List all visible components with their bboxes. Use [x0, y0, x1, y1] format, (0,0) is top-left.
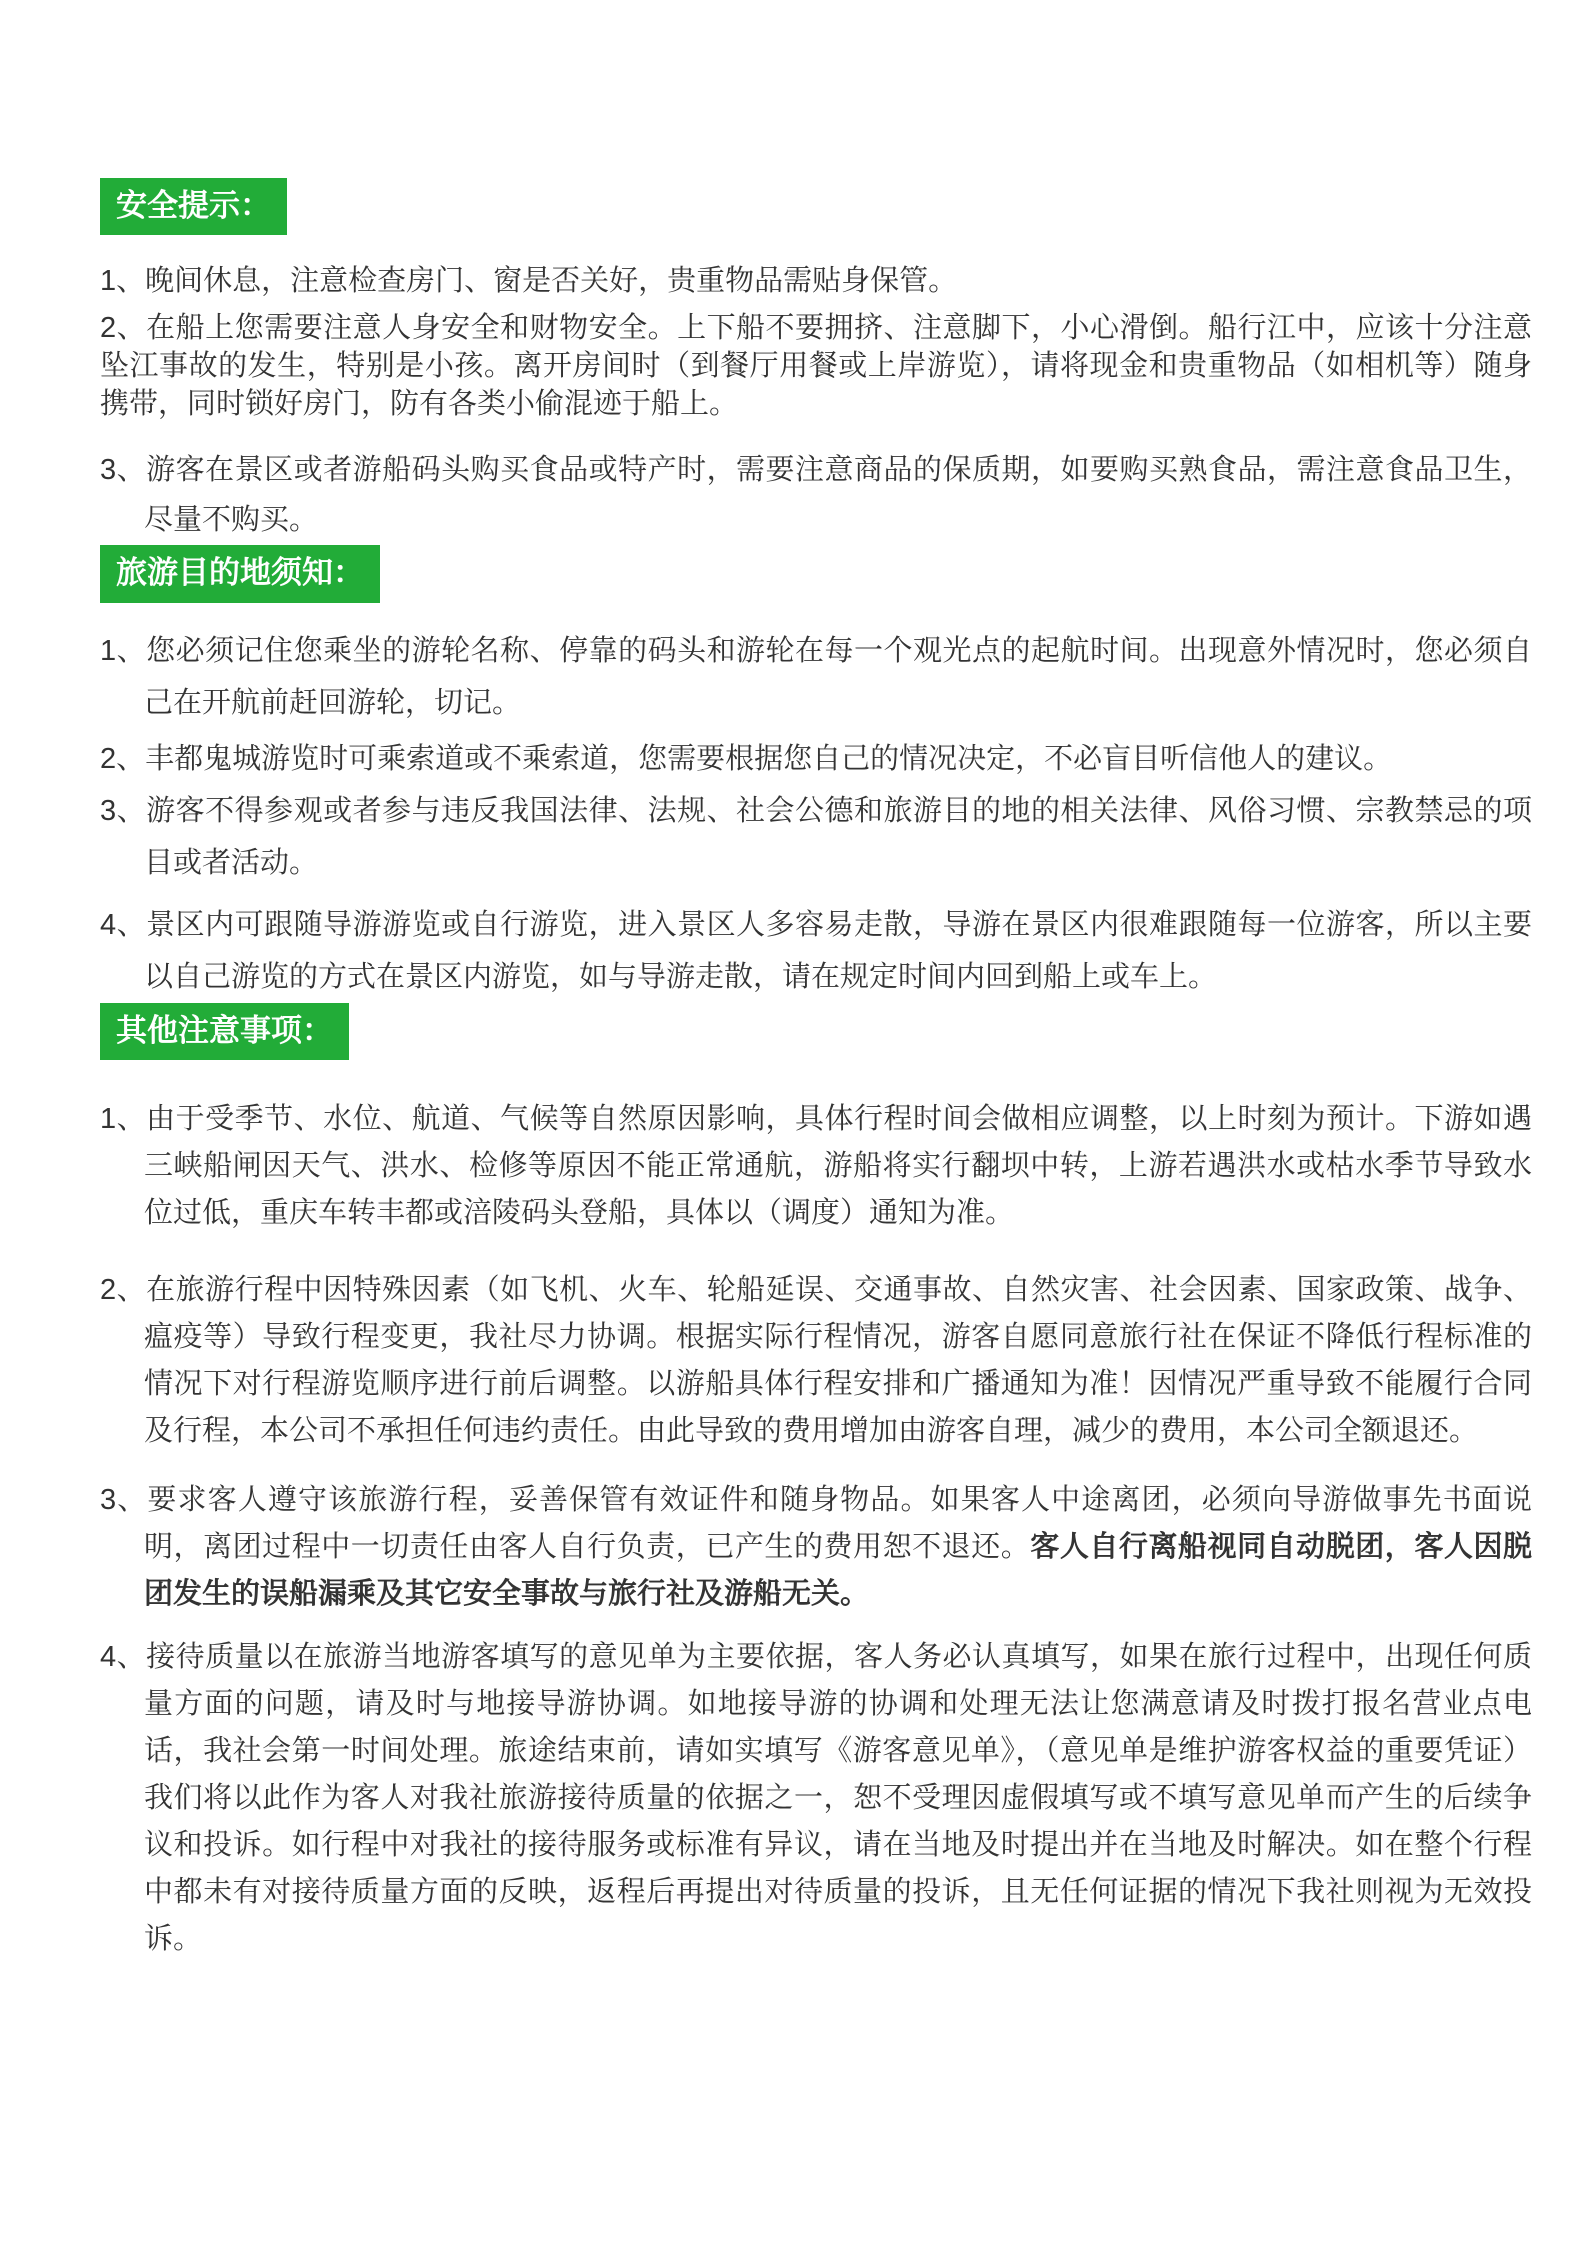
item-number: 1、 [100, 1103, 146, 1135]
item-number: 4、 [100, 1641, 146, 1673]
item-text: 在船上您需要注意人身安全和财物安全。上下船不要拥挤、注意脚下，小心滑倒。船行江中… [100, 312, 1532, 420]
item-number: 3、 [100, 1484, 147, 1516]
item-text: 在旅游行程中因特殊因素（如飞机、火车、轮船延误、交通事故、自然灾害、社会因素、国… [144, 1274, 1532, 1447]
section-other-notes: 其他注意事项： 1、由于受季节、水位、航道、气候等自然原因影响，具体行程时间会做… [100, 1003, 1532, 1963]
destination-notice-badge: 旅游目的地须知： [100, 545, 380, 602]
item-number: 1、 [100, 265, 145, 297]
notice-item-destination-2: 2、丰都鬼城游览时可乘索道或不乘索道，您需要根据您自己的情况决定，不必盲目听信他… [100, 733, 1532, 785]
item-text: 景区内可跟随导游游览或自行游览，进入景区人多容易走散，导游在景区内很难跟随每一位… [144, 909, 1532, 993]
notice-item-safety-2: 2、在船上您需要注意人身安全和财物安全。上下船不要拥挤、注意脚下，小心滑倒。船行… [100, 309, 1532, 423]
item-number: 3、 [100, 454, 146, 486]
other-notes-badge: 其他注意事项： [100, 1003, 349, 1060]
item-text: 晚间休息，注意检查房门、窗是否关好，贵重物品需贴身保管。 [145, 265, 957, 297]
notice-item-destination-4: 4、景区内可跟随导游游览或自行游览，进入景区人多容易走散，导游在景区内很难跟随每… [100, 899, 1532, 1003]
item-text: 接待质量以在旅游当地游客填写的意见单为主要依据，客人务必认真填写，如果在旅行过程… [144, 1641, 1532, 1955]
notice-item-other-3: 3、要求客人遵守该旅游行程，妥善保管有效证件和随身物品。如果客人中途离团，必须向… [100, 1477, 1532, 1618]
item-number: 4、 [100, 909, 146, 941]
item-number: 1、 [100, 635, 146, 667]
item-text: 您必须记住您乘坐的游轮名称、停靠的码头和游轮在每一个观光点的起航时间。出现意外情… [144, 635, 1532, 719]
badge-row: 安全提示： [100, 178, 1532, 235]
item-text: 由于受季节、水位、航道、气候等自然原因影响，具体行程时间会做相应调整，以上时刻为… [144, 1103, 1532, 1229]
item-text: 游客不得参观或者参与违反我国法律、法规、社会公德和旅游目的地的相关法律、风俗习惯… [144, 795, 1532, 879]
notice-item-safety-3: 3、游客在景区或者游船码头购买食品或特产时，需要注意商品的保质期，如要购买熟食品… [100, 445, 1532, 545]
notice-item-destination-1: 1、您必须记住您乘坐的游轮名称、停靠的码头和游轮在每一个观光点的起航时间。出现意… [100, 625, 1532, 729]
item-text: 游客在景区或者游船码头购买食品或特产时，需要注意商品的保质期，如要购买熟食品，需… [144, 454, 1532, 536]
item-number: 2、 [100, 312, 146, 344]
section-safety-tips: 安全提示： 1、晚间休息，注意检查房门、窗是否关好，贵重物品需贴身保管。 2、在… [100, 178, 1532, 545]
notice-item-other-4: 4、接待质量以在旅游当地游客填写的意见单为主要依据，客人务必认真填写，如果在旅行… [100, 1634, 1532, 1963]
notice-item-other-1: 1、由于受季节、水位、航道、气候等自然原因影响，具体行程时间会做相应调整，以上时… [100, 1096, 1532, 1237]
badge-row: 其他注意事项： [100, 1003, 1532, 1060]
item-number: 2、 [100, 1274, 146, 1306]
safety-tips-badge: 安全提示： [100, 178, 287, 235]
notice-item-safety-1: 1、晚间休息，注意检查房门、窗是否关好，贵重物品需贴身保管。 [100, 261, 1532, 301]
item-text: 丰都鬼城游览时可乘索道或不乘索道，您需要根据您自己的情况决定，不必盲目听信他人的… [145, 743, 1392, 775]
notice-item-destination-3: 3、游客不得参观或者参与违反我国法律、法规、社会公德和旅游目的地的相关法律、风俗… [100, 785, 1532, 889]
document-page: 安全提示： 1、晚间休息，注意检查房门、窗是否关好，贵重物品需贴身保管。 2、在… [0, 0, 1586, 2245]
section-destination-notice: 旅游目的地须知： 1、您必须记住您乘坐的游轮名称、停靠的码头和游轮在每一个观光点… [100, 545, 1532, 1002]
item-number: 2、 [100, 743, 145, 775]
item-number: 3、 [100, 795, 146, 827]
badge-row: 旅游目的地须知： [100, 545, 1532, 602]
notice-item-other-2: 2、在旅游行程中因特殊因素（如飞机、火车、轮船延误、交通事故、自然灾害、社会因素… [100, 1267, 1532, 1455]
